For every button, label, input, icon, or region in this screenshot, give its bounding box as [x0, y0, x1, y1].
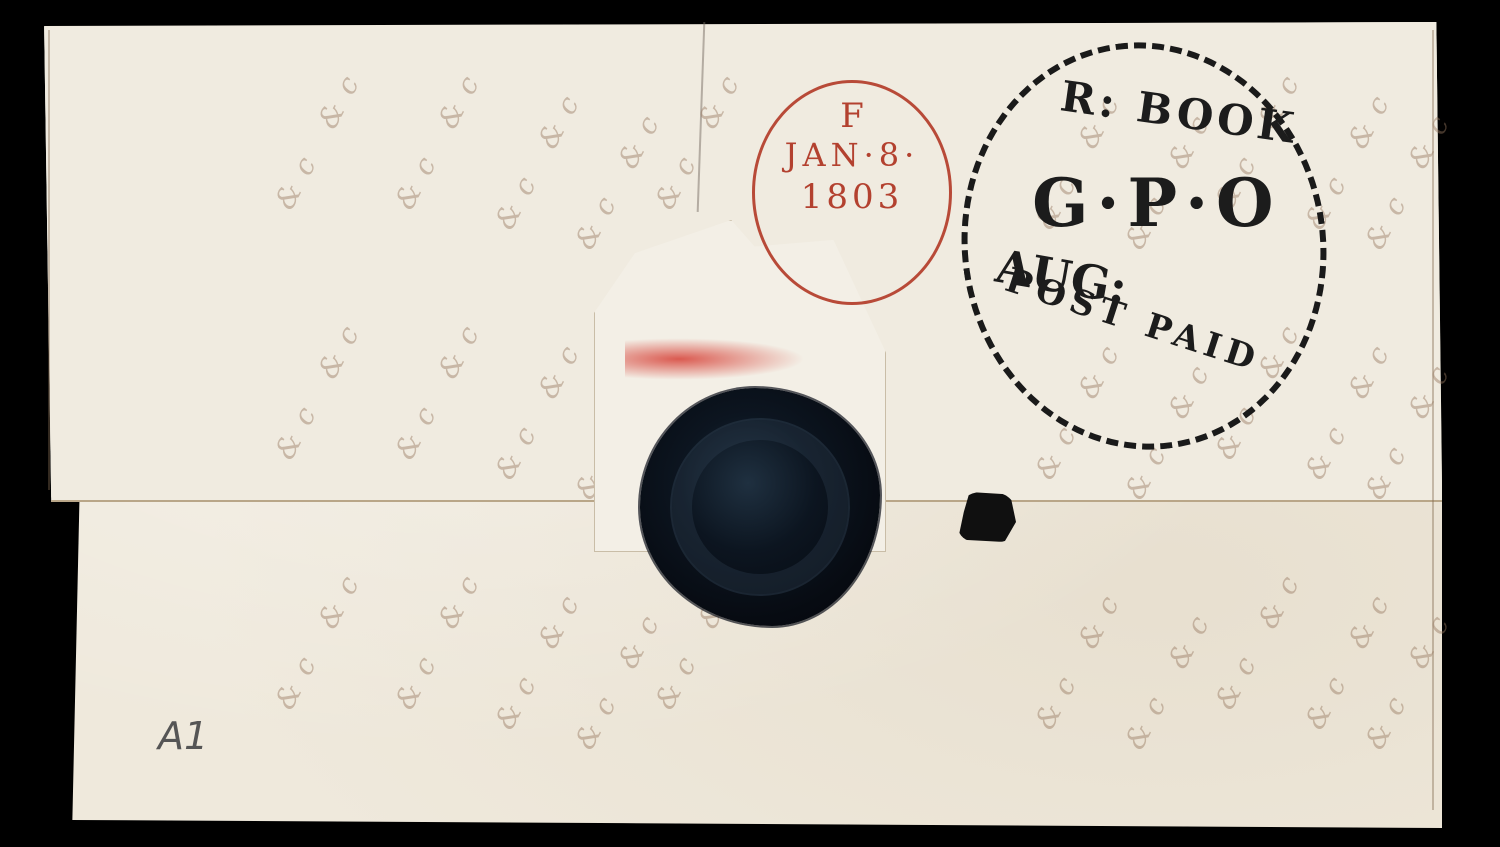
stamp-line-2: G·P·O	[1032, 164, 1281, 242]
red-datestamp: F JAN·8· 1803	[752, 80, 952, 305]
red-wax-residue	[625, 338, 805, 380]
stamp-line-4: POST PAID	[1001, 260, 1266, 380]
left-edge-line	[48, 30, 50, 490]
datestamp-letter: F	[755, 97, 949, 135]
pencil-notation: A1	[158, 714, 208, 758]
datestamp-year: 1803	[755, 175, 949, 219]
datestamp-date: JAN·8·	[755, 135, 949, 175]
